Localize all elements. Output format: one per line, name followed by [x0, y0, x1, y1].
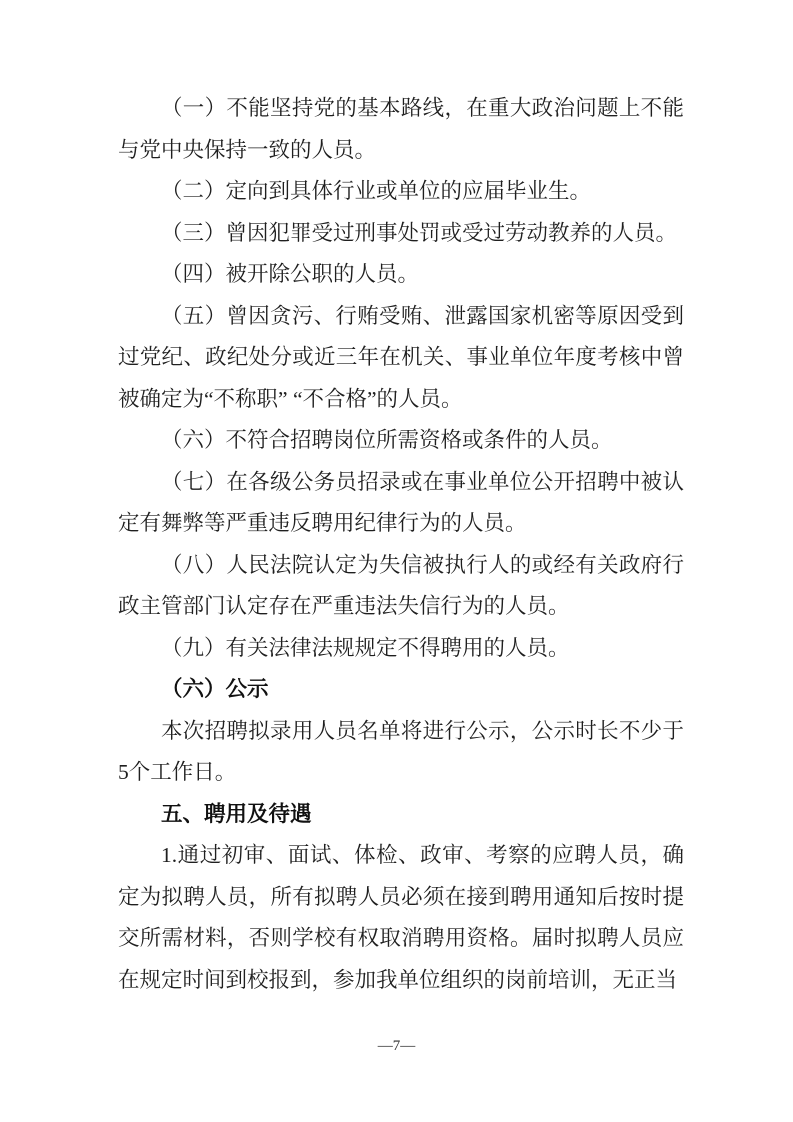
document-content: （一）不能坚持党的基本路线，在重大政治问题上不能与党中央保持一致的人员。（二）定… [118, 88, 684, 1001]
paragraph: （四）被开除公职的人员。 [118, 254, 684, 296]
page-number: —7— [0, 1036, 793, 1056]
paragraph: （七）在各级公务员招录或在事业单位公开招聘中被认定有舞弊等严重违反聘用纪律行为的… [118, 462, 684, 545]
paragraph: （二）定向到具体行业或单位的应届毕业生。 [118, 171, 684, 213]
section-heading: （六）公示 [118, 669, 684, 711]
paragraph: （八）人民法院认定为失信被执行人的或经有关政府行政主管部门认定存在严重违法失信行… [118, 545, 684, 628]
paragraph: 1.通过初审、面试、体检、政审、考察的应聘人员，确定为拟聘人员，所有拟聘人员必须… [118, 835, 684, 1001]
paragraph: 本次招聘拟录用人员名单将进行公示，公示时长不少于5个工作日。 [118, 711, 684, 794]
paragraph: （五）曾因贪污、行贿受贿、泄露国家机密等原因受到过党纪、政纪处分或近三年在机关、… [118, 296, 684, 421]
document-page: （一）不能坚持党的基本路线，在重大政治问题上不能与党中央保持一致的人员。（二）定… [0, 0, 793, 1122]
paragraph: （三）曾因犯罪受过刑事处罚或受过劳动教养的人员。 [118, 213, 684, 255]
section-heading: 五、聘用及待遇 [118, 794, 684, 836]
paragraph: （九）有关法律法规规定不得聘用的人员。 [118, 628, 684, 670]
paragraph: （一）不能坚持党的基本路线，在重大政治问题上不能与党中央保持一致的人员。 [118, 88, 684, 171]
paragraph: （六）不符合招聘岗位所需资格或条件的人员。 [118, 420, 684, 462]
